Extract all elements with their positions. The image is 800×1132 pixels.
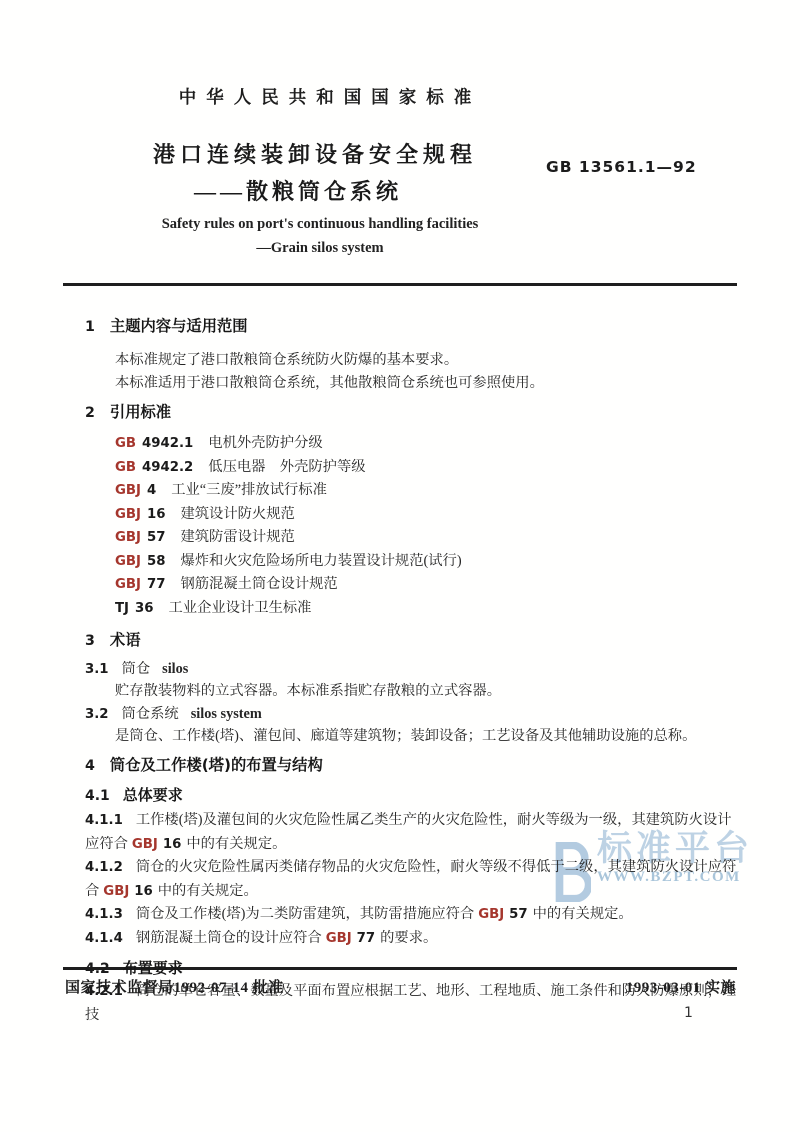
clause-text: 中的有关规定。 bbox=[158, 883, 258, 899]
reference-code-number: 58 bbox=[147, 554, 165, 569]
reference-code-prefix: GBJ bbox=[115, 577, 141, 592]
section-title: 术语 bbox=[110, 631, 141, 649]
reference-code-number: 57 bbox=[509, 907, 527, 922]
clause-text: 工作楼(塔)及灌包间的火灾危险性属乙类生产的火灾危险性，耐火等级为一级，其建筑防… bbox=[85, 812, 732, 852]
reference-code-number: 36 bbox=[135, 601, 153, 616]
clause-text: 钢筋混凝土筒仓的设计应符合 bbox=[136, 930, 322, 946]
clause-number: 4.1.1 bbox=[85, 813, 123, 828]
subsection-4-2-heading: 4.2布置要求 bbox=[85, 957, 737, 981]
reference-code-prefix: GBJ bbox=[103, 884, 129, 899]
reference-code-number: 4942.2 bbox=[142, 460, 193, 475]
reference-item: GB4942.2低压电器 外壳防护等级 bbox=[115, 456, 737, 480]
reference-code-prefix: TJ bbox=[115, 601, 129, 616]
section-number: 4 bbox=[85, 758, 95, 774]
term-3-1: 3.1筒仓silos bbox=[85, 658, 737, 682]
reference-code-prefix: GB bbox=[115, 436, 136, 451]
reference-title: 钢筋混凝土筒仓设计规范 bbox=[180, 576, 337, 592]
clause-4-1-3: 4.1.3筒仓及工作楼(塔)为二类防雷建筑，其防雷措施应符合GBJ57中的有关规… bbox=[85, 903, 737, 927]
reference-code-number: 4 bbox=[147, 483, 156, 498]
clause-number: 4.1.3 bbox=[85, 907, 123, 922]
section-3-heading: 3术语 bbox=[85, 629, 737, 653]
reference-code-number: 77 bbox=[357, 931, 375, 946]
reference-code-number: 77 bbox=[147, 577, 165, 592]
term-definition: 是筒仓、工作楼(塔)、灌包间、廊道等建筑物；装卸设备；工艺设备及其他辅助设施的总… bbox=[85, 725, 737, 748]
reference-code-number: 57 bbox=[147, 530, 165, 545]
reference-code-prefix: GBJ bbox=[326, 931, 352, 946]
reference-title: 建筑设计防火规范 bbox=[180, 506, 294, 522]
subsection-title: 总体要求 bbox=[123, 786, 183, 804]
reference-title: 建筑防雷设计规范 bbox=[180, 529, 294, 545]
references-list: GB4942.1电机外壳防护分级 GB4942.2低压电器 外壳防护等级 GBJ… bbox=[115, 432, 737, 620]
clause-number: 4.1 bbox=[85, 788, 110, 804]
reference-code-prefix: GBJ bbox=[478, 907, 504, 922]
document-subtitle-en: —Grain silos system bbox=[0, 240, 640, 257]
clause-number: 4.1.2 bbox=[85, 860, 123, 875]
term-name-en: silos system bbox=[191, 706, 262, 722]
reference-title: 爆炸和火灾危险场所电力装置设计规范(试行) bbox=[180, 553, 461, 569]
reference-code-number: 4942.1 bbox=[142, 436, 193, 451]
reference-item: GBJ16建筑设计防火规范 bbox=[115, 503, 737, 527]
term-name-en: silos bbox=[162, 661, 188, 677]
clause-text: 中的有关规定。 bbox=[186, 836, 286, 852]
reference-item: GB4942.1电机外壳防护分级 bbox=[115, 432, 737, 456]
reference-code-prefix: GBJ bbox=[115, 530, 141, 545]
document-title-en: Safety rules on port's continuous handli… bbox=[0, 216, 640, 233]
reference-code-number: 16 bbox=[163, 837, 181, 852]
subsection-4-1-heading: 4.1总体要求 bbox=[85, 784, 737, 808]
section-number: 1 bbox=[85, 319, 95, 335]
reference-code-prefix: GBJ bbox=[132, 837, 158, 852]
subsection-title: 布置要求 bbox=[123, 959, 183, 977]
reference-title: 工业“三废”排放试行标准 bbox=[171, 482, 327, 498]
clause-number: 4.2.1 bbox=[85, 984, 123, 999]
reference-title: 电机外壳防护分级 bbox=[208, 435, 322, 451]
reference-code-prefix: GB bbox=[115, 460, 136, 475]
clause-number: 4.2 bbox=[85, 961, 110, 977]
reference-item: GBJ77钢筋混凝土筒仓设计规范 bbox=[115, 573, 737, 597]
section-title: 主题内容与适用范围 bbox=[110, 317, 248, 335]
reference-code-prefix: GBJ bbox=[115, 483, 141, 498]
clause-number: 4.1.4 bbox=[85, 931, 123, 946]
section-4-heading: 4筒仓及工作楼(塔)的布置与结构 bbox=[85, 754, 737, 778]
clause-text: 的要求。 bbox=[380, 930, 437, 946]
clause-number: 3.1 bbox=[85, 662, 109, 677]
term-definition: 贮存散装物料的立式容器。本标准系指贮存散粮的立式容器。 bbox=[85, 680, 737, 703]
reference-title: 低压电器 外壳防护等级 bbox=[208, 459, 365, 475]
reference-code-number: 16 bbox=[147, 507, 165, 522]
document-title-cn: 港口连续装卸设备安全规程 bbox=[0, 138, 630, 169]
section-number: 3 bbox=[85, 633, 95, 649]
document-subtitle-cn: ——散粮筒仓系统 bbox=[0, 175, 596, 206]
clause-text: 筒仓的单仓容量、数量及平面布置应根据工艺、地形、工程地质、施工条件和防火防爆原则… bbox=[85, 983, 736, 1023]
clause-4-2-1: 4.2.1筒仓的单仓容量、数量及平面布置应根据工艺、地形、工程地质、施工条件和防… bbox=[85, 980, 737, 1026]
section-title: 引用标准 bbox=[110, 403, 171, 421]
term-name-cn: 筒仓 bbox=[122, 661, 151, 677]
standard-number: GB 13561.1—92 bbox=[546, 158, 697, 176]
reference-item: TJ36工业企业设计卫生标准 bbox=[115, 597, 737, 621]
reference-item: GBJ57建筑防雷设计规范 bbox=[115, 526, 737, 550]
paragraph-scope-2: 本标准适用于港口散粮筒仓系统，其他散粮筒仓系统也可参照使用。 bbox=[85, 372, 737, 395]
section-title: 筒仓及工作楼(塔)的布置与结构 bbox=[110, 756, 323, 774]
section-1-heading: 1主题内容与适用范围 bbox=[85, 315, 737, 339]
clause-4-1-4: 4.1.4钢筋混凝土筒仓的设计应符合GBJ77的要求。 bbox=[85, 927, 737, 951]
clause-text: 中的有关规定。 bbox=[533, 906, 633, 922]
reference-item: GBJ58爆炸和火灾危险场所电力装置设计规范(试行) bbox=[115, 550, 737, 574]
reference-title: 工业企业设计卫生标准 bbox=[169, 600, 312, 616]
clause-number: 3.2 bbox=[85, 707, 109, 722]
term-name-cn: 筒仓系统 bbox=[122, 706, 179, 722]
standard-type-label: 中华人民共和国国家标准 bbox=[0, 84, 660, 109]
clause-4-1-2: 4.1.2筒仓的火灾危险性属丙类储存物品的火灾危险性，耐火等级不得低于二级，其建… bbox=[85, 856, 737, 903]
section-2-heading: 2引用标准 bbox=[85, 401, 737, 425]
reference-code-number: 16 bbox=[134, 884, 152, 899]
reference-code-prefix: GBJ bbox=[115, 507, 141, 522]
clause-text: 筒仓及工作楼(塔)为二类防雷建筑，其防雷措施应符合 bbox=[136, 906, 474, 922]
paragraph-scope-1: 本标准规定了港口散粮筒仓系统防火防爆的基本要求。 bbox=[85, 349, 737, 372]
reference-item: GBJ4工业“三废”排放试行标准 bbox=[115, 479, 737, 503]
term-3-2: 3.2筒仓系统silos system bbox=[85, 703, 737, 727]
clause-4-1-1: 4.1.1工作楼(塔)及灌包间的火灾危险性属乙类生产的火灾危险性，耐火等级为一级… bbox=[85, 809, 737, 856]
document-page: 中华人民共和国国家标准 港口连续装卸设备安全规程 ——散粮筒仓系统 GB 135… bbox=[0, 0, 800, 1132]
header-divider bbox=[63, 283, 737, 286]
document-body: 1主题内容与适用范围 本标准规定了港口散粮筒仓系统防火防爆的基本要求。 本标准适… bbox=[85, 302, 737, 1026]
section-number: 2 bbox=[85, 405, 95, 421]
reference-code-prefix: GBJ bbox=[115, 554, 141, 569]
